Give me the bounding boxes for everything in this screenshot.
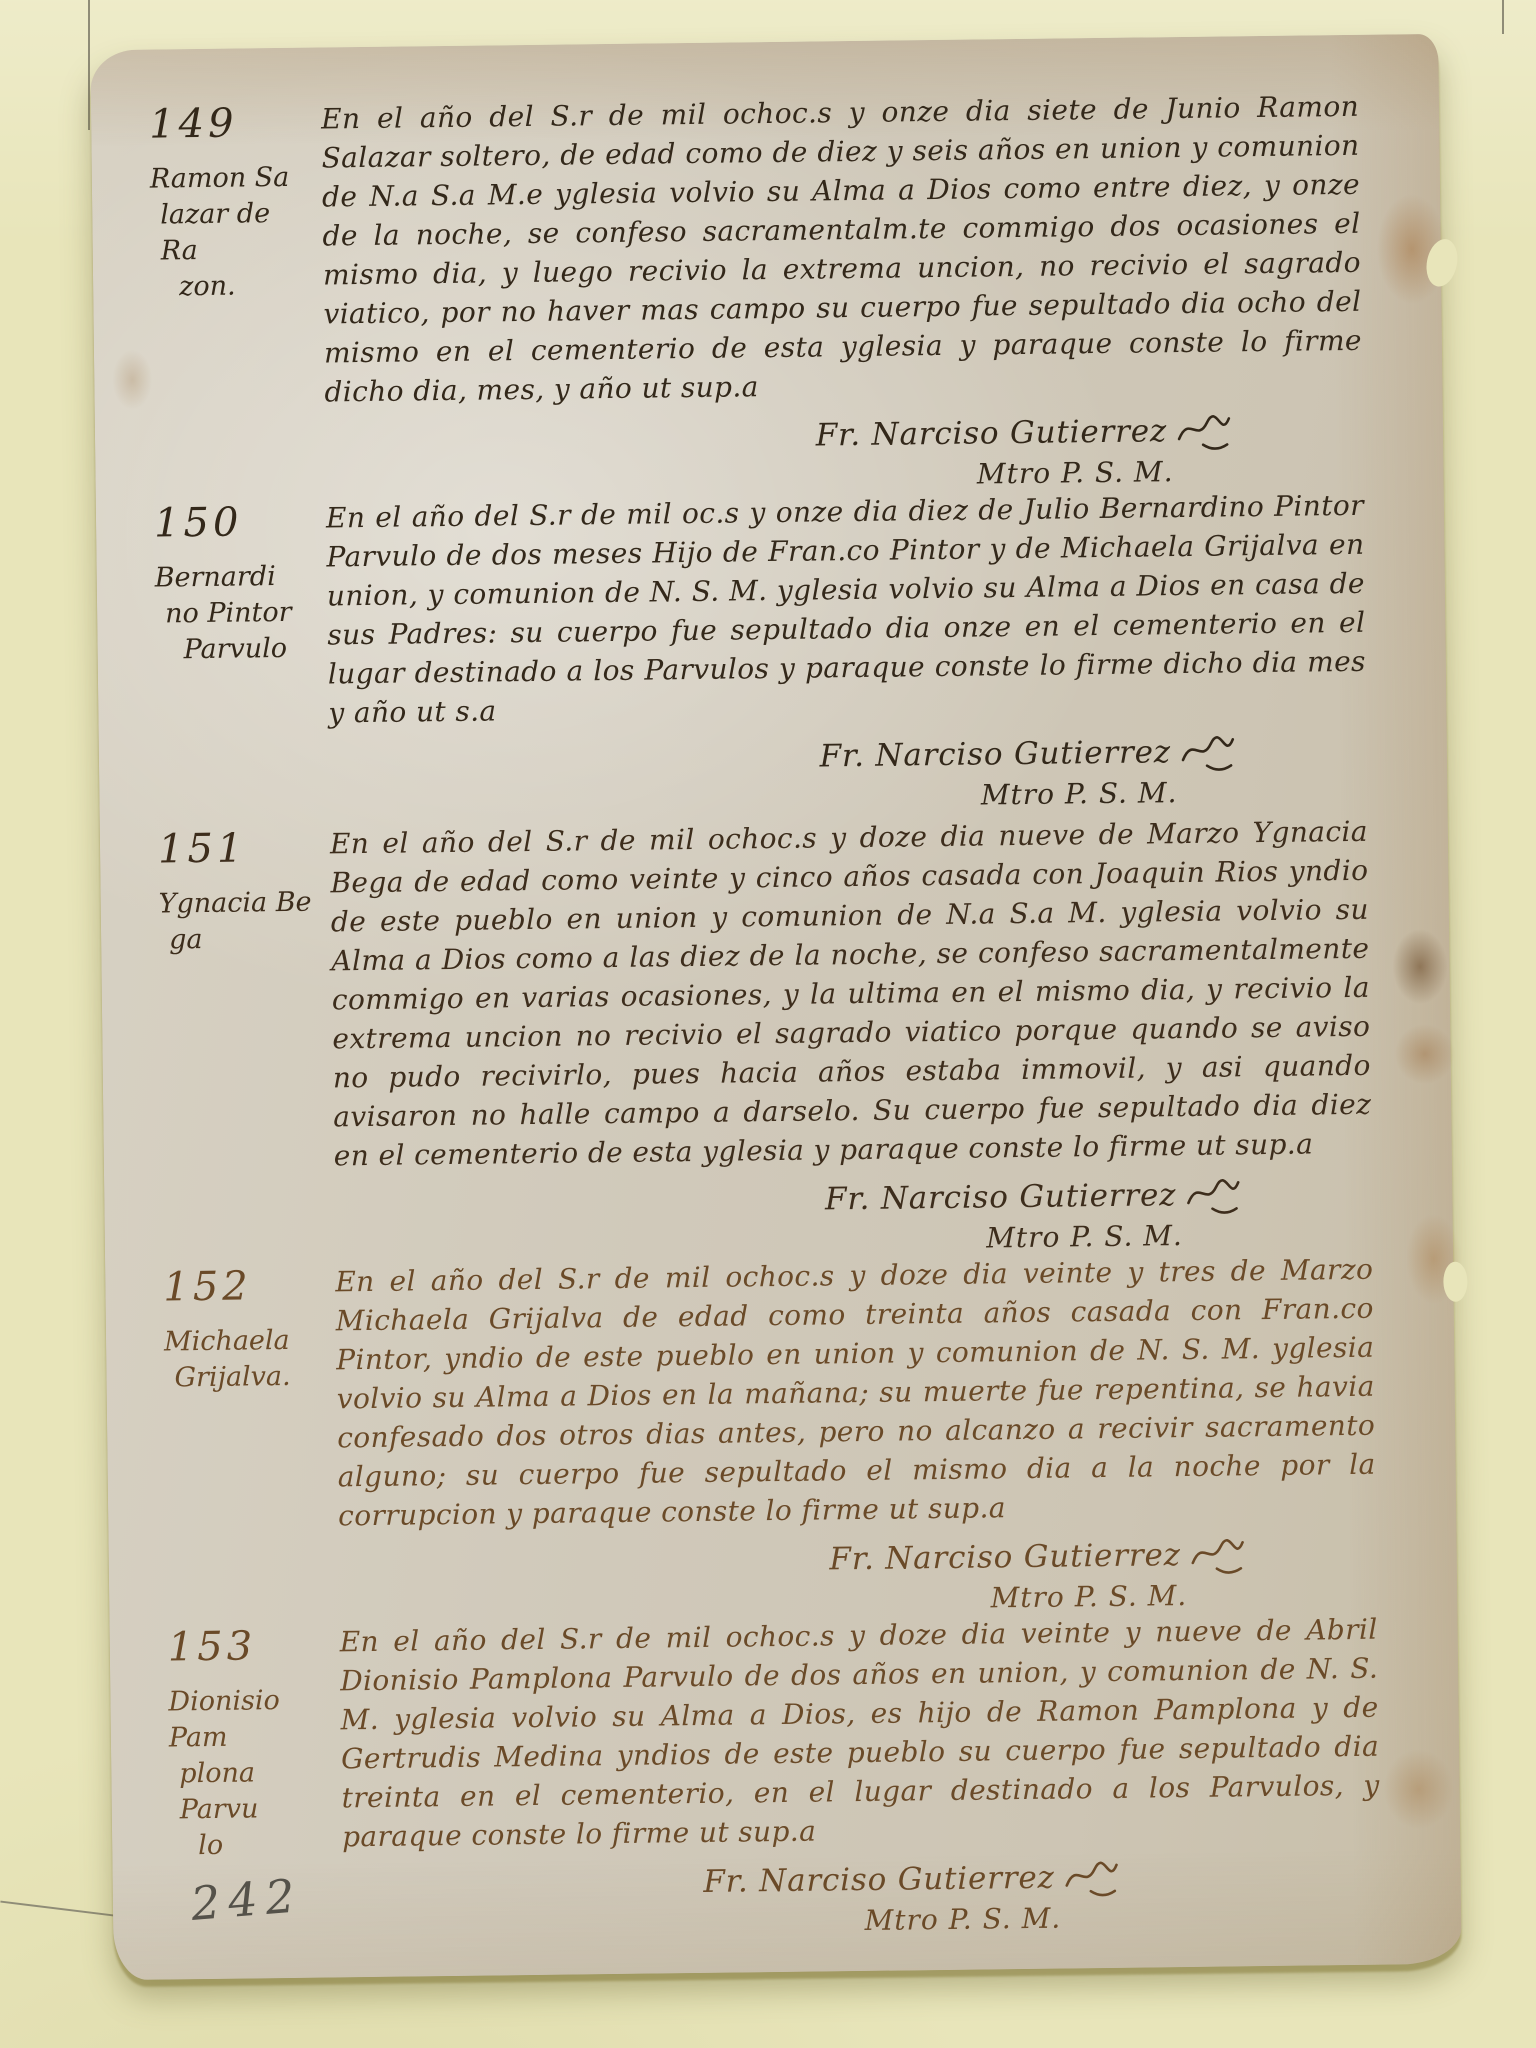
entry-body-text: En el año del S.r de mil oc.s y onze dia… <box>326 486 1367 733</box>
signature-rubric-icon <box>1184 1174 1242 1215</box>
signature-rubric-icon <box>1062 1857 1120 1898</box>
stain <box>1392 929 1448 1005</box>
priest-signature: Fr. Narciso Gutierrez Mtro P. S. M. <box>334 1174 1243 1262</box>
entry-margin: 149 Ramon Sa lazar de Ra zon. <box>149 99 323 305</box>
signature-name: Fr. Narciso Gutierrez <box>829 1537 1181 1577</box>
burial-entry-149: 149 Ramon Sa lazar de Ra zon. En el año … <box>149 87 1374 501</box>
signature-name: Fr. Narciso Gutierrez <box>825 1177 1177 1217</box>
entry-margin-name: Michaela Grijalva. <box>164 1323 323 1397</box>
signature-rubric-icon <box>1188 1534 1246 1575</box>
entry-number: 152 <box>163 1263 322 1311</box>
burial-entry-150: 150 Bernardi no Pintor Parvulo En el año… <box>154 486 1378 827</box>
entry-body-text: En el año del S.r de mil ochoc.s y doze … <box>335 1250 1376 1536</box>
entry-margin: 151 Ygnacia Be ga <box>158 824 332 958</box>
entry-number: 149 <box>149 100 308 148</box>
stain <box>112 350 153 410</box>
entry-body-text: En el año del S.r de mil ochoc.s y doze … <box>330 812 1372 1176</box>
crop-mark-top-right <box>1502 0 1504 34</box>
entry-number: 150 <box>154 499 313 547</box>
signature-rubric-icon <box>1175 410 1233 451</box>
priest-signature: Fr. Narciso Gutierrez Mtro P. S. M. <box>342 1857 1121 1943</box>
entry-margin: 150 Bernardi no Pintor Parvulo <box>154 498 328 668</box>
burial-entry-151: 151 Ygnacia Be ga En el año del S.r de m… <box>158 812 1383 1265</box>
burial-register-entries: 149 Ramon Sa lazar de Ra zon. En el año … <box>149 87 1391 1946</box>
signature-name: Fr. Narciso Gutierrez <box>819 734 1171 774</box>
entry-margin: 152 Michaela Grijalva. <box>163 1262 337 1396</box>
signature-title: Mtro P. S. M. <box>343 1902 1061 1944</box>
signature-name: Fr. Narciso Gutierrez <box>815 413 1167 453</box>
signature-title: Mtro P. S. M. <box>329 776 1177 819</box>
entry-margin-name: Ramon Sa lazar de Ra zon. <box>150 160 310 306</box>
crop-mark-top-left <box>88 0 90 130</box>
entry-margin: 153 Dionisio Pam plona Parvu lo <box>167 1622 342 1864</box>
signature-rubric-icon <box>1179 731 1237 772</box>
priest-signature: Fr. Narciso Gutierrez Mtro P. S. M. <box>339 1534 1248 1622</box>
entry-body-text: En el año del S.r de mil ochoc.s y doze … <box>339 1610 1380 1857</box>
priest-signature: Fr. Narciso Gutierrez Mtro P. S. M. <box>325 410 1234 498</box>
entry-margin-name: Ygnacia Be ga <box>158 885 317 959</box>
stain <box>1383 1749 1454 1830</box>
entry-body-text: En el año del S.r de mil ochoc.s y onze … <box>321 87 1363 412</box>
entry-number: 153 <box>167 1623 326 1671</box>
folio-number-pencil: 242 <box>189 1868 305 1931</box>
entry-number: 151 <box>158 825 317 873</box>
entry-margin-name: Dionisio Pam plona Parvu lo <box>168 1683 328 1865</box>
entry-margin-name: Bernardi no Pintor Parvulo <box>154 559 313 669</box>
stain <box>1394 1024 1455 1085</box>
burial-entry-152: 152 Michaela Grijalva. En el año del S.r… <box>163 1250 1387 1625</box>
manuscript-page: 149 Ramon Sa lazar de Ra zon. En el año … <box>90 34 1461 1980</box>
burial-entry-153: 153 Dionisio Pam plona Parvu lo En el añ… <box>167 1610 1391 1946</box>
priest-signature: Fr. Narciso Gutierrez Mtro P. S. M. <box>329 731 1238 819</box>
torn-edge-notch <box>1443 1262 1467 1302</box>
signature-name: Fr. Narciso Gutierrez <box>703 1860 1055 1900</box>
